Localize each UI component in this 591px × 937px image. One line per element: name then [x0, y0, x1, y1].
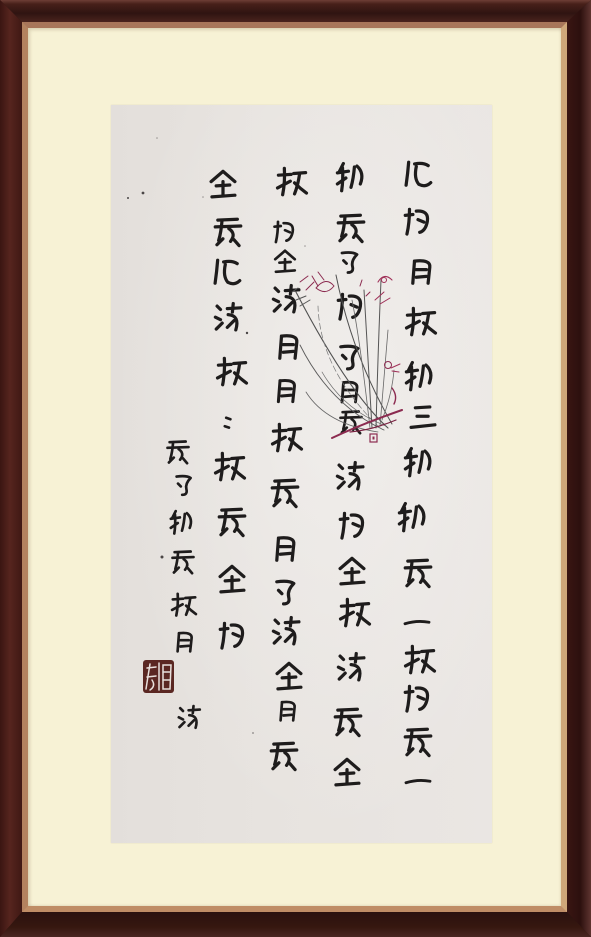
framed-artwork: 况均肖敦低三升秋寒一杖均象一 张衣了的以月画访均全般迎寿空 埠如木浴且日勤静当为…	[0, 0, 591, 937]
frame-left	[0, 0, 22, 937]
inscription-column: 庚子初夏晓明课	[171, 438, 199, 732]
calligraphy-column-3: 埠如木浴且日勤静当为访天日京	[270, 165, 304, 773]
frame-top	[0, 0, 591, 22]
frame-right	[567, 0, 591, 937]
calligraphy-column-2: 张衣了的以月画访均全般迎寿空	[334, 161, 368, 790]
frame-bottom	[0, 912, 591, 937]
calligraphy-column-1: 况均肖敦低三升秋寒一杖均象一	[401, 158, 435, 799]
calligraphy-column-4: 奎在况访雜⺀様蘩未若	[212, 168, 246, 654]
